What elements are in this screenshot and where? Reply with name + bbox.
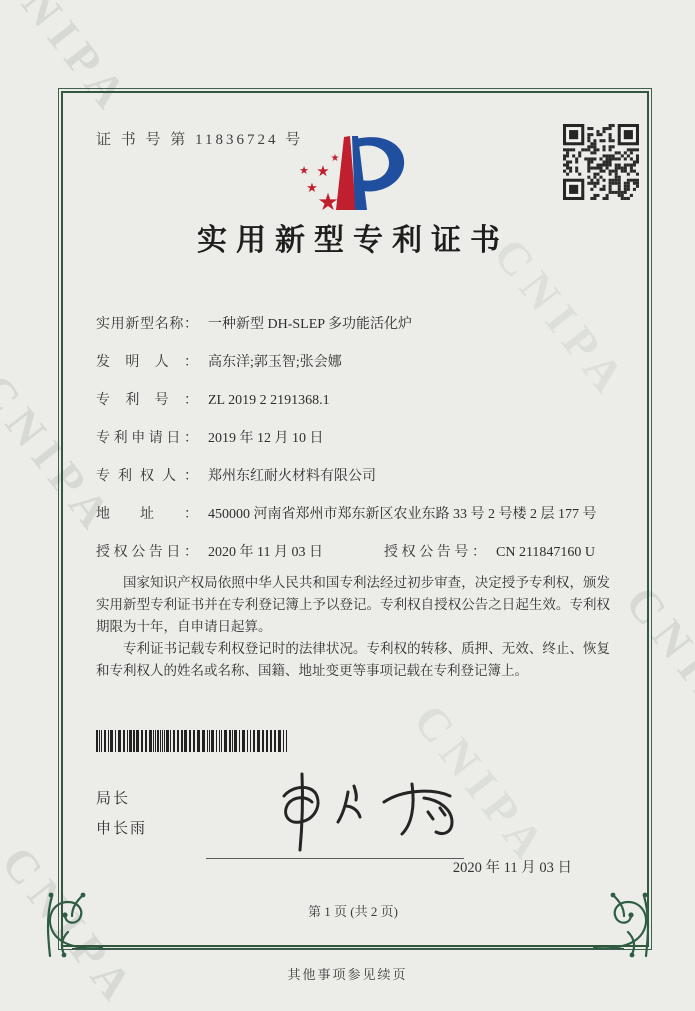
field-value: 高东洋;郭玉智;张会娜: [198, 351, 610, 374]
bottom-border-rule: [72, 946, 624, 949]
handwritten-signature: [188, 762, 468, 858]
field-row-grant: 授权公告日： 2020 年 11 月 03 日 授权公告号： CN 211847…: [96, 541, 610, 564]
field-value: 2020 年 11 月 03 日: [198, 541, 384, 564]
field-label: 专利号：: [96, 389, 198, 412]
grant-date-pair: 授权公告日： 2020 年 11 月 03 日: [96, 541, 384, 564]
field-row-inventors: 发明人： 高东洋;郭玉智;张会娜: [96, 351, 610, 374]
field-label: 授权公告号：: [384, 541, 486, 564]
field-value: 一种新型 DH-SLEP 多功能活化炉: [198, 313, 610, 336]
certificate-title: 实用新型专利证书: [96, 221, 610, 261]
field-label: 专利申请日：: [96, 427, 198, 450]
legal-text: 国家知识产权局依照中华人民共和国专利法经过初步审查，决定授予专利权，颁发实用新型…: [96, 572, 610, 682]
issue-date: 2020 年 11 月 03 日: [96, 856, 610, 877]
corner-flourish-icon: [588, 886, 658, 960]
field-value: CN 211847160 U: [486, 541, 595, 564]
field-label: 地址：: [96, 503, 198, 526]
cnipa-logo-icon: ★ ★ ★ ★ ★: [292, 130, 414, 218]
qr-code-icon: [563, 124, 639, 200]
field-value: 郑州东红耐火材料有限公司: [198, 465, 610, 488]
star-icon: ★: [331, 153, 340, 164]
barcode-icon: [96, 730, 289, 752]
field-value: ZL 2019 2 2191368.1: [198, 389, 610, 412]
patent-certificate-page: { "certificate": { "watermark_text": "CN…: [0, 0, 695, 1011]
star-icon: ★: [299, 165, 309, 177]
field-row-filing-date: 专利申请日： 2019 年 12 月 10 日: [96, 427, 610, 450]
legal-paragraph: 国家知识产权局依照中华人民共和国专利法经过初步审查，决定授予专利权，颁发实用新型…: [96, 572, 610, 638]
field-label: 授权公告日：: [96, 541, 198, 564]
field-row-patentee: 专利权人： 郑州东红耐火材料有限公司: [96, 465, 610, 488]
star-icon: ★: [317, 190, 339, 216]
page-indicator: 第 1 页 (共 2 页): [96, 901, 610, 920]
grant-number-pair: 授权公告号： CN 211847160 U: [384, 541, 595, 564]
star-icon: ★: [306, 180, 318, 195]
field-label: 专利权人：: [96, 465, 198, 488]
star-icon: ★: [316, 164, 329, 180]
corner-flourish-icon: [38, 886, 108, 960]
signature-line: [206, 858, 464, 859]
field-value: 2019 年 12 月 10 日: [198, 427, 610, 450]
field-row-address: 地址： 450000 河南省郑州市郑东新区农业东路 33 号 2 号楼 2 层 …: [96, 503, 610, 526]
field-label: 实用新型名称：: [96, 313, 198, 336]
field-row-name: 实用新型名称： 一种新型 DH-SLEP 多功能活化炉: [96, 313, 610, 336]
field-value: 450000 河南省郑州市郑东新区农业东路 33 号 2 号楼 2 层 177 …: [198, 503, 610, 526]
field-row-patent-number: 专利号： ZL 2019 2 2191368.1: [96, 389, 610, 412]
field-label: 发明人：: [96, 351, 198, 374]
certificate-content: 证 书 号 第 11836724 号 ★ ★ ★ ★ ★ 实用新型专利证书 实用…: [58, 88, 650, 948]
legal-paragraph: 专利证书记载专利权登记时的法律状况。专利权的转移、质押、无效、终止、恢复和专利权…: [96, 638, 610, 682]
continuation-note: 其他事项参见续页: [0, 964, 695, 983]
field-list: 实用新型名称： 一种新型 DH-SLEP 多功能活化炉 发明人： 高东洋;郭玉智…: [96, 313, 610, 564]
signature-block: 局长 申长雨: [96, 788, 610, 840]
